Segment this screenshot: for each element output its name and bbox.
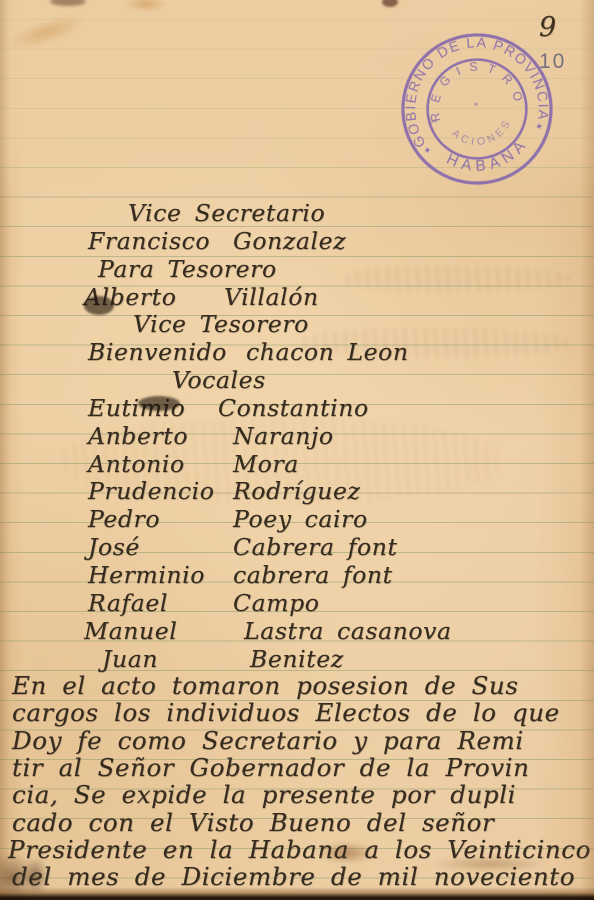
page-right-edge — [580, 0, 594, 900]
first-name: Pedro — [88, 506, 160, 534]
stamp-star-right: ✦ — [534, 121, 544, 133]
paragraph-line: cado con el Visto Bueno del señor — [12, 809, 588, 836]
last-name: Cabrera font — [233, 534, 398, 562]
roster-row-name: RafaelCampo — [0, 590, 594, 618]
roster-row-office: Vice Tesorero — [0, 311, 594, 339]
page-left-edge — [0, 0, 10, 900]
office-title: Vocales — [172, 367, 266, 395]
last-name: chacon Leon — [246, 339, 409, 367]
roster-row-name: Bienvenidochacon Leon — [0, 339, 594, 367]
roster-row-name: PedroPoey cairo — [0, 506, 594, 534]
last-name: Villalón — [224, 284, 319, 312]
closing-paragraph: En el acto tomaron posesion de Sus cargo… — [12, 672, 588, 891]
paragraph-line: En el acto tomaron posesion de Sus — [12, 672, 588, 699]
roster-row-office: Vice Secretario — [0, 200, 594, 228]
last-name: Rodríguez — [233, 478, 361, 506]
government-registry-stamp: GOBIERNO DE LA PROVINCIA HABANA REGISTRO… — [383, 15, 570, 202]
office-title: Vice Secretario — [128, 200, 325, 228]
paragraph-line: Doy fe como Secretario y para Remi — [12, 727, 588, 754]
last-name: Campo — [233, 590, 319, 618]
handwritten-page-number: 9 — [539, 12, 557, 43]
office-title: Vice Tesorero — [133, 311, 309, 339]
stamp-center-mark — [474, 102, 478, 106]
roster-row-name: Herminiocabrera font — [0, 562, 594, 590]
first-name: José — [88, 534, 140, 562]
paragraph-line: Presidente en la Habana a los Veinticinc… — [8, 836, 588, 863]
page-bottom-edge — [0, 887, 594, 900]
last-name: Benitez — [250, 646, 344, 674]
roster-row-name: JuanBenitez — [0, 646, 594, 674]
roster-row-name: PrudencioRodríguez — [0, 478, 594, 506]
roster-row-office: Para Tesorero — [0, 256, 594, 284]
stamp-outer-top-text: GOBIERNO DE LA PROVINCIA — [389, 21, 555, 151]
officer-roster: Vice Secretario FranciscoGonzalez Para T… — [0, 200, 594, 673]
stamp-outer-bottom-text: HABANA — [441, 134, 534, 182]
roster-row-name: FranciscoGonzalez — [0, 228, 594, 256]
office-title: Para Tesorero — [98, 256, 277, 284]
last-name: Poey cairo — [233, 506, 368, 534]
paragraph-line: cia, Se expide la presente por dupli — [12, 781, 588, 808]
paragraph-line: cargos los individuos Electos de lo que — [12, 699, 588, 726]
first-name: Manuel — [84, 618, 177, 646]
first-name: Anberto — [88, 423, 188, 451]
stamp-star-left: ✦ — [422, 145, 432, 157]
first-name: Rafael — [88, 590, 168, 618]
last-name: Naranjo — [233, 423, 334, 451]
first-name: Francisco — [88, 228, 210, 256]
roster-row-name: AnbertoNaranjo — [0, 423, 594, 451]
paragraph-line: tir al Señor Gobernador de la Provin — [12, 754, 588, 781]
first-name: Herminio — [88, 562, 205, 590]
roster-row-name: ManuelLastra casanova — [0, 618, 594, 646]
roster-row-name: EutimioConstantino — [0, 395, 594, 423]
ink-blot — [84, 296, 114, 315]
stamped-page-number: 10 — [539, 50, 566, 74]
first-name: Prudencio — [88, 478, 215, 506]
last-name: Mora — [233, 451, 299, 479]
first-name: Bienvenido — [88, 339, 227, 367]
roster-row-name: JoséCabrera font — [0, 534, 594, 562]
first-name: Antonio — [88, 451, 185, 479]
first-name: Juan — [102, 646, 158, 674]
ink-blot — [138, 396, 180, 411]
last-name: Constantino — [218, 395, 369, 423]
last-name: cabrera font — [233, 562, 393, 590]
last-name: Lastra casanova — [244, 618, 452, 646]
roster-row-name: AntonioMora — [0, 451, 594, 479]
manuscript-page: GOBIERNO DE LA PROVINCIA HABANA REGISTRO… — [0, 0, 594, 900]
roster-row-office: Vocales — [0, 367, 594, 395]
last-name: Gonzalez — [233, 228, 346, 256]
